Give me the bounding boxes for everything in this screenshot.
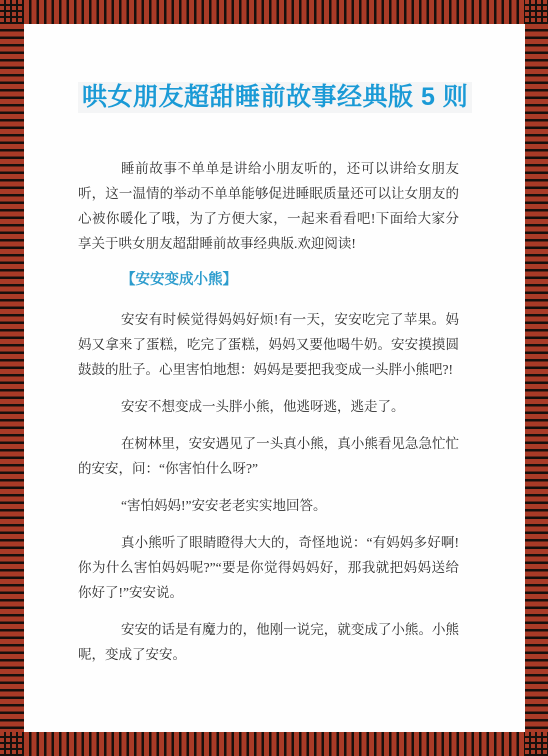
border-corner-top-right (525, 0, 548, 24)
story-paragraph: 安安不想变成一头胖小熊，他逃呀逃，逃走了。 (78, 394, 459, 419)
story-paragraph: 安安的话是有魔力的，他刚一说完，就变成了小熊。小熊呢，变成了安安。 (78, 617, 459, 667)
border-corner-bottom-right (525, 732, 548, 756)
document-title: 哄女朋友超甜睡前故事经典版 5 则 (78, 80, 459, 114)
document-title-text: 哄女朋友超甜睡前故事经典版 5 则 (78, 82, 472, 113)
document-page: 哄女朋友超甜睡前故事经典版 5 则 睡前故事不单单是讲给小朋友听的，还可以讲给女… (24, 24, 525, 732)
decorative-border-frame: 哄女朋友超甜睡前故事经典版 5 则 睡前故事不单单是讲给小朋友听的，还可以讲给女… (0, 0, 548, 756)
intro-paragraph: 睡前故事不单单是讲给小朋友听的，还可以讲给女朋友听，这一温情的举动不单单能够促进… (78, 156, 459, 256)
story-section-heading: 【安安变成小熊】 (78, 268, 459, 293)
story-paragraph: “害怕妈妈!”安安老老实实地回答。 (78, 493, 459, 518)
border-corner-bottom-left (0, 732, 24, 756)
border-stripe-right (525, 24, 548, 732)
border-corner-top-left (0, 0, 24, 24)
border-stripe-bottom (24, 732, 525, 756)
border-stripe-left (0, 24, 24, 732)
story-paragraph: 真小熊听了眼睛瞪得大大的，奇怪地说：“有妈妈多好啊!你为什么害怕妈妈呢?”“要是… (78, 530, 459, 605)
story-paragraph: 在树林里，安安遇见了一头真小熊，真小熊看见急急忙忙的安安，问：“你害怕什么呀?” (78, 431, 459, 481)
document-body: 睡前故事不单单是讲给小朋友听的，还可以讲给女朋友听，这一温情的举动不单单能够促进… (78, 156, 459, 667)
border-stripe-top (24, 0, 525, 24)
story-paragraph: 安安有时候觉得妈妈好烦!有一天，安安吃完了苹果。妈妈又拿来了蛋糕，吃完了蛋糕，妈… (78, 307, 459, 382)
